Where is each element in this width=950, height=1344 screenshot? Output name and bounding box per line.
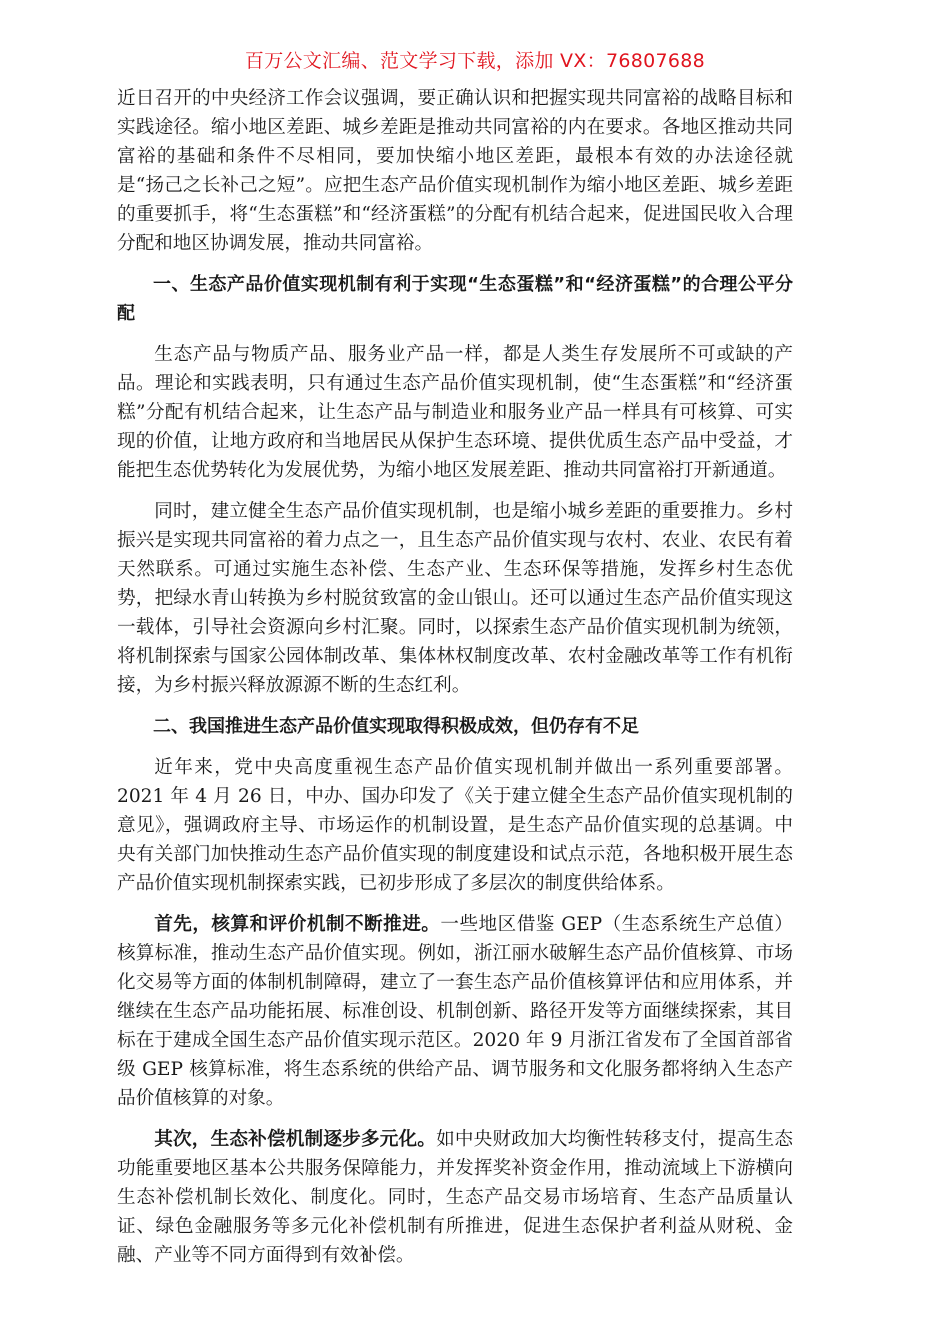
section-heading-2: 二、我国推进生态产品价值实现取得积极成效，但仍存有不足 [117, 712, 793, 741]
watermark-banner: 百万公文汇编、范文学习下载，添加 VX：76807688 [0, 46, 950, 73]
lead-paragraph: 首先，核算和评价机制不断推进。一些地区借鉴 GEP（生态系统生产总值）核算标准，… [117, 910, 793, 1113]
lead-phrase: 其次，生态补偿机制逐步多元化。 [154, 1129, 436, 1150]
document-body: 近日召开的中央经济工作会议强调，要正确认识和把握实现共同富裕的战略目标和实践途径… [117, 84, 793, 1282]
lead-phrase: 首先，核算和评价机制不断推进。 [154, 914, 440, 935]
body-paragraph: 同时，建立健全生态产品价值实现机制，也是缩小城乡差距的重要推力。乡村振兴是实现共… [117, 497, 793, 700]
section-heading-1: 一、生态产品价值实现机制有利于实现“生态蛋糕”和“经济蛋糕”的合理公平分配 [117, 270, 793, 328]
body-paragraph: 生态产品与物质产品、服务业产品一样，都是人类生存发展所不可或缺的产品。理论和实践… [117, 340, 793, 485]
lead-paragraph-text: 一些地区借鉴 GEP（生态系统生产总值）核算标准，推动生态产品价值实现。例如，浙… [117, 914, 793, 1109]
intro-paragraph: 近日召开的中央经济工作会议强调，要正确认识和把握实现共同富裕的战略目标和实践途径… [117, 84, 793, 258]
body-paragraph: 近年来，党中央高度重视生态产品价值实现机制并做出一系列重要部署。2021 年 4… [117, 753, 793, 898]
page-number: 1 [0, 1249, 734, 1265]
